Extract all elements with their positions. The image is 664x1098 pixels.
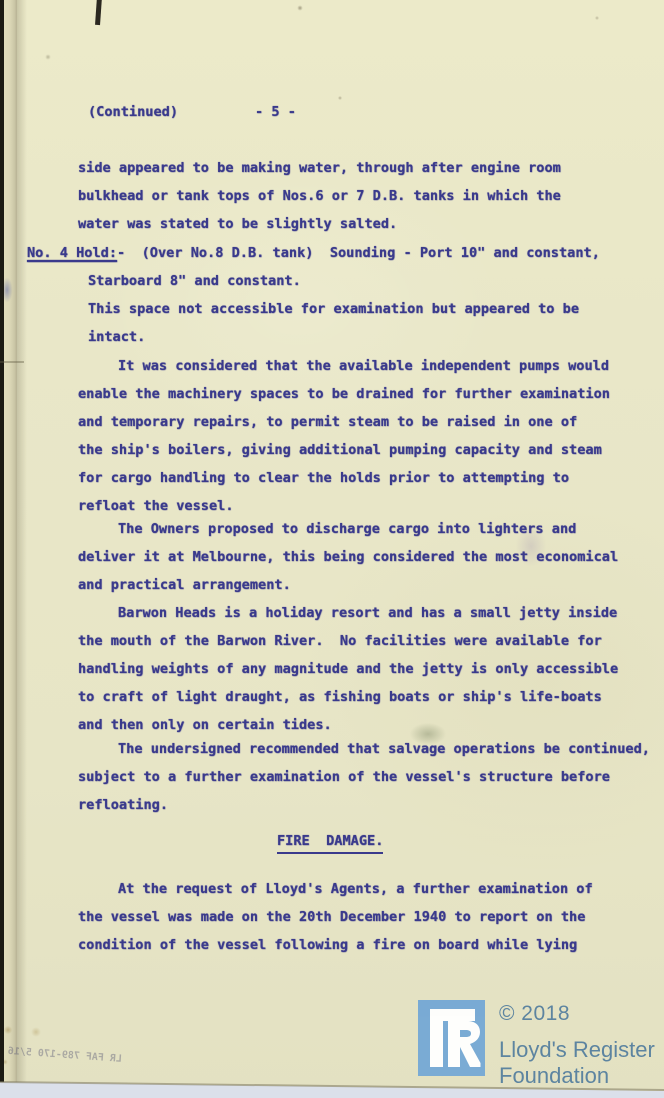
- watermark-org-line2: Foundation: [499, 1063, 655, 1089]
- text-line: The Owners proposed to discharge cargo i…: [118, 523, 576, 537]
- text-line: and then only on certain tides.: [78, 719, 332, 733]
- text-line: and temporary repairs, to permit steam t…: [78, 416, 577, 430]
- text-line: Barwon Heads is a holiday resort and has…: [118, 607, 617, 621]
- lloyds-register-logo-icon: [418, 1000, 485, 1076]
- fire-damage-heading: FIRE DAMAGE.: [277, 835, 383, 854]
- text-line: bulkhead or tank tops of Nos.6 or 7 D.B.…: [78, 190, 561, 204]
- text-line: to craft of light draught, as fishing bo…: [78, 691, 602, 705]
- text-line: enable the machinery spaces to be draine…: [78, 388, 610, 402]
- text-line: for cargo handling to clear the holds pr…: [78, 472, 569, 486]
- text-line: subject to a further examination of the …: [78, 771, 610, 785]
- text-line: No. 4 Hold:- (Over No.8 D.B. tank) Sound…: [27, 247, 600, 261]
- text-line: It was considered that the available ind…: [118, 360, 609, 374]
- scanner-background: (Continued) - 5 - side appeared to be ma…: [0, 0, 664, 1098]
- text-line: water was stated to be slightly salted.: [78, 218, 397, 232]
- text-line: side appeared to be making water, throug…: [78, 162, 561, 176]
- watermark-org-line1: Lloyd's Register: [499, 1037, 655, 1063]
- text-line: At the request of Lloyd's Agents, a furt…: [118, 883, 593, 897]
- text-line: condition of the vessel following a fire…: [78, 939, 577, 953]
- text-line: The undersigned recommended that salvage…: [118, 743, 650, 757]
- text-line: This space not accessible for examinatio…: [88, 303, 579, 317]
- page-crease: [17, 0, 27, 1090]
- reverse-side-stamp: LR FAF 789-170 5/16: [12, 1046, 122, 1065]
- text-line: intact.: [88, 331, 145, 345]
- page-number: - 5 -: [255, 106, 296, 120]
- text-line: deliver it at Melbourne, this being cons…: [78, 551, 618, 565]
- copyright-text: © 2018: [499, 1002, 655, 1026]
- page-gap-notch: [95, 0, 102, 25]
- text-line: the ship's boilers, giving additional pu…: [78, 444, 602, 458]
- horizontal-crease: [0, 361, 24, 363]
- text-line: Starboard 8" and constant.: [88, 275, 301, 289]
- continued-label: (Continued): [88, 106, 178, 120]
- lr-watermark: © 2018 Lloyd's Register Foundation: [418, 1000, 655, 1089]
- document-page: (Continued) - 5 - side appeared to be ma…: [0, 0, 664, 1098]
- text-line: refloating.: [78, 799, 168, 813]
- text-line: the vessel was made on the 20th December…: [78, 911, 585, 925]
- text-line: and practical arrangement.: [78, 579, 291, 593]
- text-line: handling weights of any magnitude and th…: [78, 663, 618, 677]
- scan-edge-shadow: [0, 0, 4, 1090]
- text-line: the mouth of the Barwon River. No facili…: [78, 635, 602, 649]
- text-line: refloat the vessel.: [78, 500, 234, 514]
- watermark-text-block: © 2018 Lloyd's Register Foundation: [499, 1000, 655, 1089]
- underlined-label: No. 4 Hold:: [27, 245, 117, 261]
